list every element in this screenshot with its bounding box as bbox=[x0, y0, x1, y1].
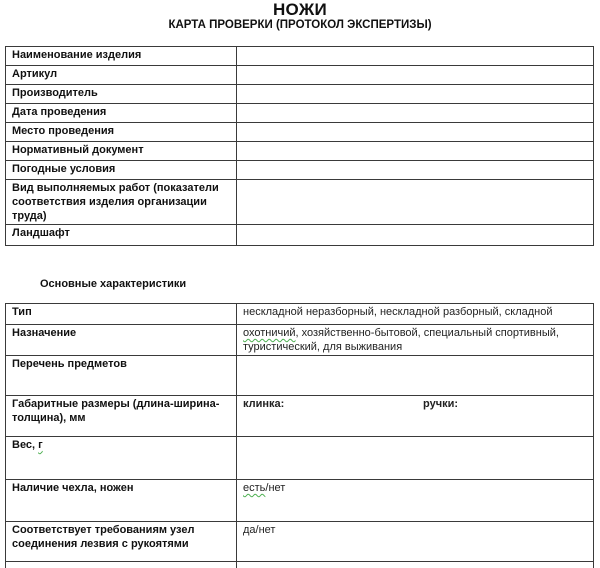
table-row: Артикул bbox=[6, 66, 594, 85]
blade-dimensions-label: клинка: bbox=[243, 398, 284, 410]
field-label-sheath: Наличие чехла, ножен bbox=[6, 480, 237, 522]
table-row: Место проведения bbox=[6, 123, 594, 142]
field-value-blade-handle-joint[interactable]: да/нет bbox=[237, 522, 594, 562]
field-value-items-list[interactable] bbox=[237, 356, 594, 396]
field-label-normative-doc: Нормативный документ bbox=[6, 142, 237, 161]
field-label-purpose: Назначение bbox=[6, 325, 237, 356]
table-row: Вес, г bbox=[6, 437, 594, 480]
field-label-article: Артикул bbox=[6, 66, 237, 85]
field-label-weather: Погодные условия bbox=[6, 161, 237, 180]
field-label-blade-handle-joint: Соответствует требованиям узел соединени… bbox=[6, 522, 237, 562]
dimensions-subfields: клинка: ручки: bbox=[243, 397, 587, 411]
table-row: Габаритные размеры (длина-ширина-толщина… bbox=[6, 396, 594, 437]
field-value-weather[interactable] bbox=[237, 161, 594, 180]
field-value-article[interactable] bbox=[237, 66, 594, 85]
document-title: НОЖИ bbox=[0, 0, 600, 19]
weight-label-text: Вес, bbox=[12, 439, 38, 451]
table-row: Наименование изделия bbox=[6, 47, 594, 66]
field-label-type: Тип bbox=[6, 304, 237, 325]
field-label-date: Дата проведения bbox=[6, 104, 237, 123]
spellcheck-word: охотничий bbox=[243, 327, 296, 339]
field-value-date[interactable] bbox=[237, 104, 594, 123]
weight-unit: г bbox=[38, 439, 43, 451]
field-label-landscape: Ландшафт bbox=[6, 225, 237, 246]
field-label-dimensions: Габаритные размеры (длина-ширина-толщина… bbox=[6, 396, 237, 437]
handle-dimensions-label: ручки: bbox=[423, 397, 458, 411]
field-label-work-type: Вид выполняемых работ (показатели соотве… bbox=[6, 180, 237, 225]
table-row: Соответствует требованиям узел соединени… bbox=[6, 522, 594, 562]
table-row: Перечень предметов bbox=[6, 356, 594, 396]
field-value-dimensions[interactable]: клинка: ручки: bbox=[237, 396, 594, 437]
field-label-weight: Вес, г bbox=[6, 437, 237, 480]
table-row: Погодные условия bbox=[6, 161, 594, 180]
field-label-location: Место проведения bbox=[6, 123, 237, 142]
field-label-manufacturer: Производитель bbox=[6, 85, 237, 104]
field-value-work-type[interactable] bbox=[237, 180, 594, 225]
document-subtitle: КАРТА ПРОВЕРКИ (ПРОТОКОЛ ЭКСПЕРТИЗЫ) bbox=[0, 18, 600, 32]
sheath-options-text: /нет bbox=[265, 482, 285, 494]
spellcheck-word: есть bbox=[243, 482, 265, 494]
section-title-characteristics: Основные характеристики bbox=[40, 277, 186, 291]
table-row: Вид выполняемых работ (показатели соотве… bbox=[6, 180, 594, 225]
field-value-location[interactable] bbox=[237, 123, 594, 142]
table-row: Нормативный документ bbox=[6, 142, 594, 161]
table-row: Назначение охотничий, хозяйственно-бытов… bbox=[6, 325, 594, 356]
field-value-cut-off[interactable] bbox=[237, 562, 594, 568]
characteristics-table: Тип нескладной неразборный, нескладной р… bbox=[5, 303, 594, 568]
table-row: Производитель bbox=[6, 85, 594, 104]
table-row: Тип нескладной неразборный, нескладной р… bbox=[6, 304, 594, 325]
field-value-normative-doc[interactable] bbox=[237, 142, 594, 161]
field-value-landscape[interactable] bbox=[237, 225, 594, 246]
field-value-purpose[interactable]: охотничий, хозяйственно-бытовой, специал… bbox=[237, 325, 594, 356]
field-value-type[interactable]: нескладной неразборный, нескладной разбо… bbox=[237, 304, 594, 325]
table-row: Наличие чехла, ножен есть/нет bbox=[6, 480, 594, 522]
field-label-items-list: Перечень предметов bbox=[6, 356, 237, 396]
table-row: Дата проведения bbox=[6, 104, 594, 123]
field-value-manufacturer[interactable] bbox=[237, 85, 594, 104]
field-label-product-name: Наименование изделия bbox=[6, 47, 237, 66]
field-value-weight[interactable] bbox=[237, 437, 594, 480]
field-value-sheath[interactable]: есть/нет bbox=[237, 480, 594, 522]
field-value-product-name[interactable] bbox=[237, 47, 594, 66]
table-row bbox=[6, 562, 594, 568]
table-row: Ландшафт bbox=[6, 225, 594, 246]
general-info-table: Наименование изделия Артикул Производите… bbox=[5, 46, 594, 246]
field-label-cut-off bbox=[6, 562, 237, 568]
